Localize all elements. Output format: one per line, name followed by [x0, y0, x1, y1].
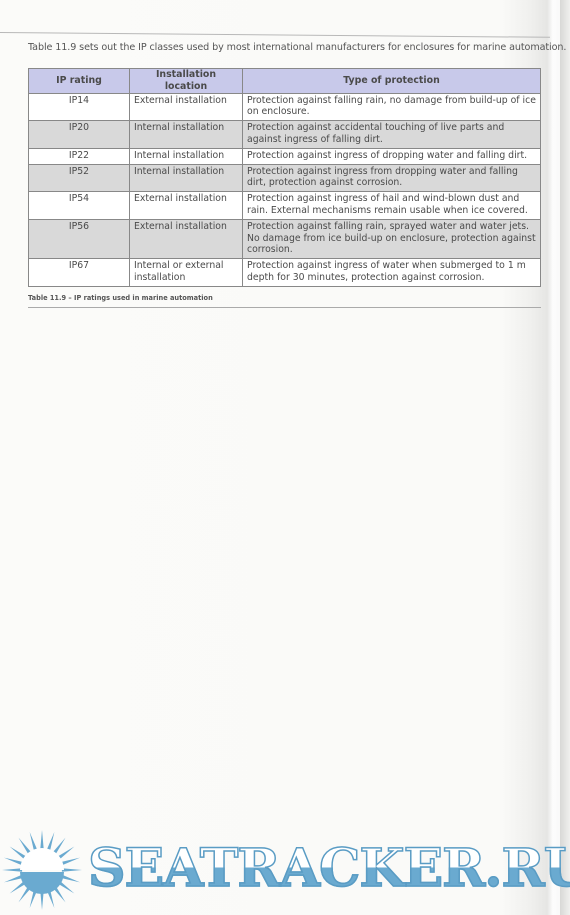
cell-ip-rating: IP14	[29, 93, 130, 121]
cell-protection: Protection against ingress of hail and w…	[243, 192, 541, 220]
header-installation-location: Installation location	[130, 69, 243, 94]
table-row: IP67 Internal or external installation P…	[29, 259, 541, 287]
table-header-row: IP rating Installation location Type of …	[29, 69, 541, 94]
cell-location: Internal or external installation	[130, 259, 243, 287]
cell-protection: Protection against falling rain, sprayed…	[243, 219, 541, 258]
cell-location: External installation	[130, 93, 243, 121]
cell-protection: Protection against accidental touching o…	[243, 121, 541, 149]
ip-ratings-table: IP rating Installation location Type of …	[28, 68, 541, 287]
cell-location: External installation	[130, 192, 243, 220]
table-row: IP54 External installation Protection ag…	[29, 192, 541, 220]
cell-ip-rating: IP52	[29, 164, 130, 192]
table-row: IP22 Internal installation Protection ag…	[29, 148, 541, 164]
table-row: IP20 Internal installation Protection ag…	[29, 121, 541, 149]
cell-protection: Protection against ingress of dropping w…	[243, 148, 541, 164]
cell-location: Internal installation	[130, 148, 243, 164]
book-spine-shadow	[560, 0, 570, 915]
cell-protection: Protection against ingress from dropping…	[243, 164, 541, 192]
cell-ip-rating: IP20	[29, 121, 130, 149]
watermark: SEATRACKER.RU	[0, 830, 570, 915]
intro-paragraph: Table 11.9 sets out the IP classes used …	[28, 42, 558, 53]
cell-protection: Protection against ingress of water when…	[243, 259, 541, 287]
cell-ip-rating: IP22	[29, 148, 130, 164]
table-row: IP52 Internal installation Protection ag…	[29, 164, 541, 192]
header-type-of-protection: Type of protection	[243, 69, 541, 94]
cell-location: Internal installation	[130, 164, 243, 192]
caption-rule	[28, 307, 541, 308]
cell-location: External installation	[130, 219, 243, 258]
table-caption: Table 11.9 – IP ratings used in marine a…	[28, 294, 213, 302]
cell-ip-rating: IP67	[29, 259, 130, 287]
cell-ip-rating: IP56	[29, 219, 130, 258]
cell-location: Internal installation	[130, 121, 243, 149]
cell-protection: Protection against falling rain, no dama…	[243, 93, 541, 121]
sun-icon	[0, 830, 86, 915]
table-row: IP56 External installation Protection ag…	[29, 219, 541, 258]
header-ip-rating: IP rating	[29, 69, 130, 94]
cell-ip-rating: IP54	[29, 192, 130, 220]
table-row: IP14 External installation Protection ag…	[29, 93, 541, 121]
watermark-text: SEATRACKER.RU	[88, 838, 570, 899]
